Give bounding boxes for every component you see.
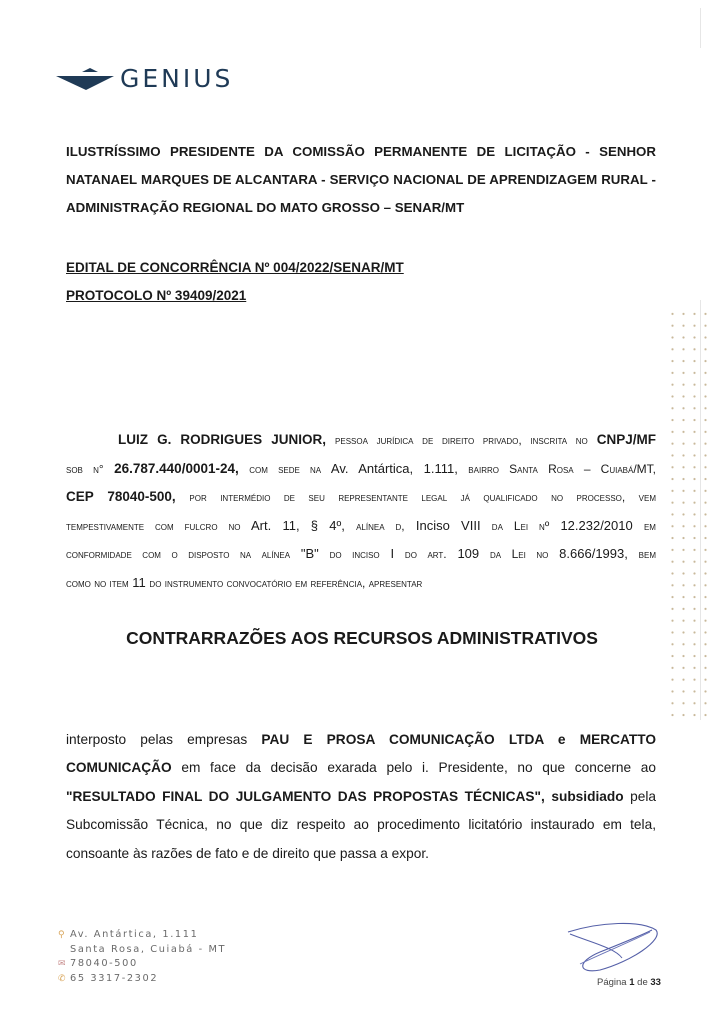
location-pin-icon: ⚲ [58, 928, 68, 943]
text: Inciso VIII [416, 518, 481, 533]
text: Av. Antártica, 1.111, [331, 461, 458, 476]
text: PAU E PROSA COMUNICAÇÃO LTDA e MERCATTO [261, 732, 656, 747]
footer-address-row: ⚲Av. Antártica, 1.111 [58, 928, 226, 943]
text: interposto pelas empresas [66, 732, 247, 747]
company-name: LUIZ G. RODRIGUES JUNIOR, [118, 432, 326, 447]
text: conformidade com o disposto na alínea [66, 547, 290, 561]
phone-icon: ✆ [58, 972, 68, 987]
text: em face da decisão exarada pelo i. Presi… [181, 760, 656, 775]
text: Página [597, 977, 627, 988]
text: como no item [66, 576, 129, 590]
total-pages: 33 [650, 977, 661, 988]
text: pela [630, 789, 656, 804]
body-line: COMUNICAÇÃO em face da decisão exarada p… [66, 754, 656, 782]
cnpj-number: 26.787.440/0001-24, [114, 461, 239, 476]
text: "B" [301, 546, 319, 561]
text: "RESULTADO FINAL DO JULGAMENTO DAS PROPO… [66, 789, 624, 804]
text: do art. [405, 547, 447, 561]
text: COMUNICAÇÃO [66, 760, 172, 775]
handwritten-signature [560, 912, 670, 987]
text: bairro Santa Rosa – Cuiabá/MT, [468, 462, 656, 476]
mail-icon: ✉ [58, 957, 68, 972]
text: alínea d, [356, 519, 405, 533]
text: Santa Rosa, Cuiabá - MT [70, 943, 226, 958]
footer-contact: ⚲Av. Antártica, 1.111 Santa Rosa, Cuiabá… [58, 928, 226, 986]
logo-text: GENIUS [120, 64, 233, 93]
text: Av. Antártica, 1.111 [70, 928, 198, 943]
footer-address-row: Santa Rosa, Cuiabá - MT [58, 943, 226, 958]
edital-reference: EDITAL DE CONCORRÊNCIA Nº 004/2022/SENAR… [66, 254, 404, 282]
addressee-line: ILUSTRÍSSIMO PRESIDENTE DA COMISSÃO PERM… [66, 138, 656, 166]
text: 78040-500 [70, 957, 138, 972]
addressee-block: ILUSTRÍSSIMO PRESIDENTE DA COMISSÃO PERM… [66, 138, 656, 222]
text: CNPJ/MF [597, 432, 656, 447]
page-number: Página 1 de 33 [597, 977, 661, 988]
text: tempestivamente com fulcro no [66, 519, 241, 533]
decorative-dot-grid [667, 544, 707, 724]
text: 65 3317-2302 [70, 972, 158, 987]
footer-phone-row: ✆65 3317-2302 [58, 972, 226, 987]
text: 109 [457, 546, 479, 561]
text: pessoa jurídica de direito privado, insc… [335, 433, 588, 447]
addressee-line: NATANAEL MARQUES DE ALCANTARA - SERVIÇO … [66, 166, 656, 194]
genius-logo-mark-icon [56, 66, 114, 92]
protocolo-reference: PROTOCOLO Nº 39409/2021 [66, 282, 404, 310]
text: de [637, 977, 648, 988]
text: da Lei nº [492, 519, 549, 533]
text: bem [639, 547, 656, 561]
margin-rule [700, 8, 701, 48]
body-paragraph: interposto pelas empresas PAU E PROSA CO… [66, 726, 656, 868]
intro-line: conformidade com o disposto na alínea "B… [66, 540, 656, 569]
references-block: EDITAL DE CONCORRÊNCIA Nº 004/2022/SENAR… [66, 254, 404, 310]
footer-cep-row: ✉78040-500 [58, 957, 226, 972]
text: da Lei no [490, 547, 548, 561]
intro-line: tempestivamente com fulcro no Art. 11, §… [66, 512, 656, 541]
body-line: interposto pelas empresas PAU E PROSA CO… [66, 726, 656, 754]
intro-line: CEP 78040-500, por intermédio de seu rep… [66, 483, 656, 512]
addressee-line: ADMINISTRAÇÃO REGIONAL DO MATO GROSSO – … [66, 194, 656, 222]
text: com sede na [249, 462, 321, 476]
body-line: Subcomissão Técnica, no que diz respeito… [66, 811, 656, 839]
genius-logo: GENIUS [56, 64, 233, 93]
text: I [390, 546, 394, 561]
body-line: "RESULTADO FINAL DO JULGAMENTO DAS PROPO… [66, 783, 656, 811]
body-line: consoante às razões de fato e de direito… [66, 840, 656, 868]
text: em [644, 519, 656, 533]
text: por intermédio de seu representante lega… [189, 490, 656, 504]
intro-line: LUIZ G. RODRIGUES JUNIOR, pessoa jurídic… [66, 426, 656, 455]
intro-paragraph: LUIZ G. RODRIGUES JUNIOR, pessoa jurídic… [66, 426, 656, 597]
text: sob n° [66, 462, 104, 476]
text: CEP 78040-500, [66, 489, 176, 504]
text: 12.232/2010 [560, 518, 632, 533]
text: 8.666/1993, [559, 546, 628, 561]
intro-line: como no item 11 do instrumento convocató… [66, 569, 656, 598]
text: do instrumento convocatório em referênci… [149, 576, 422, 590]
current-page: 1 [629, 977, 634, 988]
text: 11 [132, 575, 146, 590]
text: do inciso [330, 547, 380, 561]
text: Art. 11, § 4º, [251, 518, 345, 533]
document-title: CONTRARRAZÕES AOS RECURSOS ADMINISTRATIV… [0, 628, 724, 649]
decorative-dot-grid [667, 308, 707, 544]
intro-line: sob n° 26.787.440/0001-24, com sede na A… [66, 455, 656, 484]
